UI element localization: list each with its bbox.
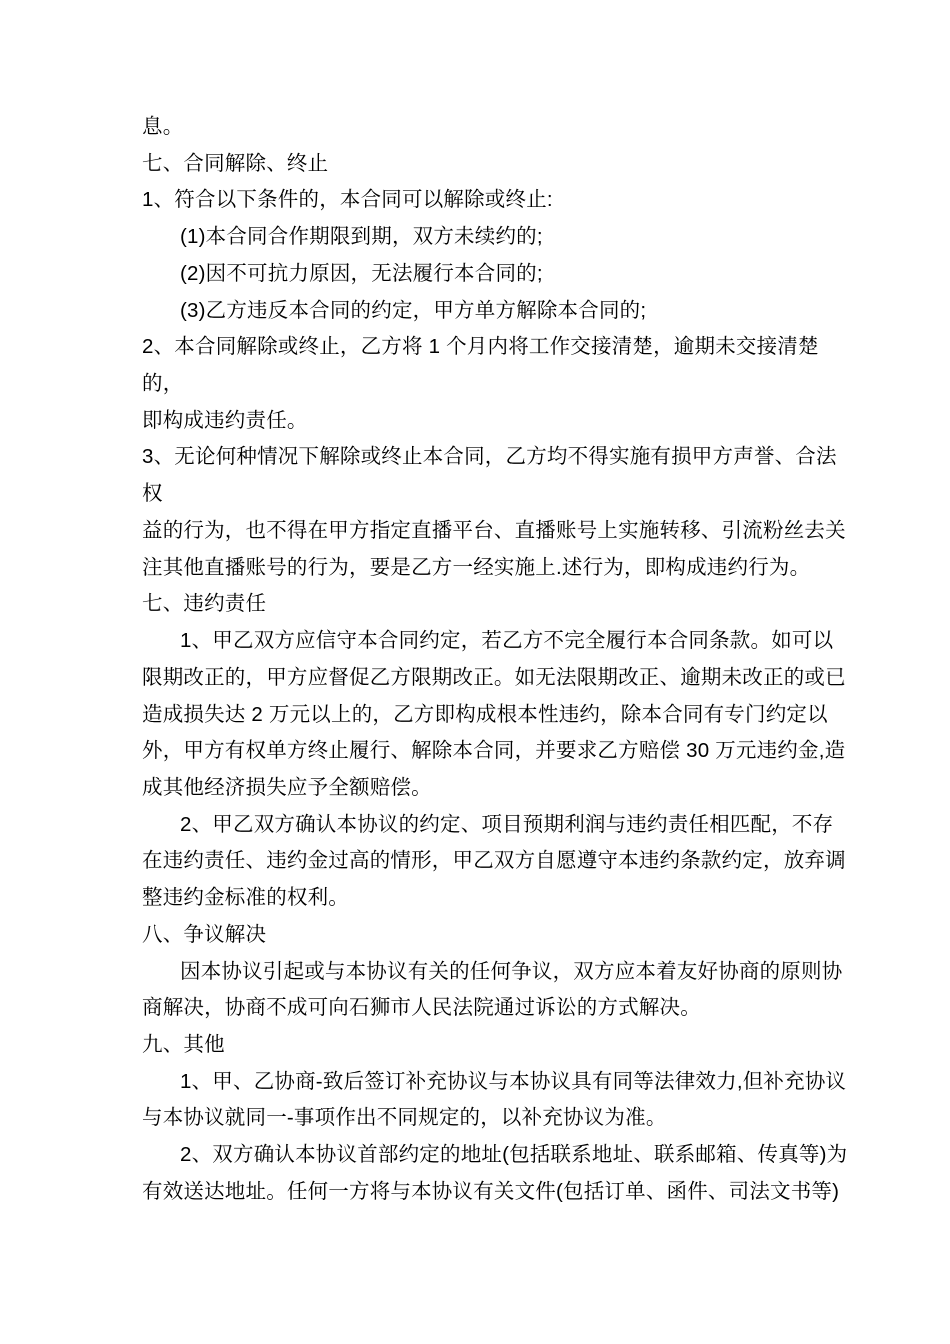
section-heading: 七、合同解除、终止 xyxy=(142,146,812,183)
document-line: 即构成违约责任。 xyxy=(142,403,812,440)
document-line: (3)乙方违反本合同的约定，甲方单方解除本合同的; xyxy=(142,293,812,330)
document-line: 因本协议引起或与本协议有关的任何争议，双方应本着友好协商的原则协 xyxy=(142,954,812,991)
document-line: 整违约金标准的权利。 xyxy=(142,880,812,917)
contract-page: 息。 七、合同解除、终止 1、符合以下条件的，本合同可以解除或终止: (1)本合… xyxy=(0,0,950,1344)
document-line: 1、符合以下条件的，本合同可以解除或终止: xyxy=(142,182,812,219)
document-line: 3、无论何种情况下解除或终止本合同，乙方均不得实施有损甲方声誉、合法 xyxy=(142,439,812,476)
document-line: (2)因不可抗力原因，无法履行本合同的; xyxy=(142,256,812,293)
document-line: 2、双方确认本协议首部约定的地址(包括联系地址、联系邮箱、传真等)为 xyxy=(142,1137,812,1174)
document-line: 外，甲方有权单方终止履行、解除本合同，并要求乙方赔偿 30 万元违约金,造 xyxy=(142,733,812,770)
document-line: 权 xyxy=(142,476,812,513)
document-line: (1)本合同合作期限到期，双方未续约的; xyxy=(142,219,812,256)
document-line: 1、甲乙双方应信守本合同约定，若乙方不完全履行本合同条款。如可以 xyxy=(142,623,812,660)
document-line: 限期改正的，甲方应督促乙方限期改正。如无法限期改正、逾期未改正的或已 xyxy=(142,660,812,697)
document-line: 有效送达地址。任何一方将与本协议有关文件(包括订单、函件、司法文书等) xyxy=(142,1174,812,1211)
section-heading: 九、其他 xyxy=(142,1027,812,1064)
document-line: 1、甲、乙协商-致后签订补充协议与本协议具有同等法律效力,但补充协议 xyxy=(142,1064,812,1101)
document-line: 益的行为，也不得在甲方指定直播平台、直播账号上实施转移、引流粉丝去关 xyxy=(142,513,812,550)
document-line: 2、甲乙双方确认本协议的约定、项目预期利润与违约责任相匹配，不存 xyxy=(142,807,812,844)
document-line: 2、本合同解除或终止，乙方将 1 个月内将工作交接清楚，逾期未交接清楚 xyxy=(142,329,812,366)
document-line: 注其他直播账号的行为，要是乙方一经实施上.述行为，即构成违约行为。 xyxy=(142,550,812,587)
document-line: 息。 xyxy=(142,109,812,146)
section-heading: 七、违约责任 xyxy=(142,586,812,623)
document-line: 的， xyxy=(142,366,812,403)
document-line: 成其他经济损失应予全额赔偿。 xyxy=(142,770,812,807)
document-body: 息。 七、合同解除、终止 1、符合以下条件的，本合同可以解除或终止: (1)本合… xyxy=(142,109,812,1211)
section-heading: 八、争议解决 xyxy=(142,917,812,954)
document-line: 造成损失达 2 万元以上的，乙方即构成根本性违约，除本合同有专门约定以 xyxy=(142,697,812,734)
document-line: 与本协议就同一-事项作出不同规定的，以补充协议为准。 xyxy=(142,1100,812,1137)
document-line: 在违约责任、违约金过高的情形，甲乙双方自愿遵守本违约条款约定，放弃调 xyxy=(142,843,812,880)
document-line: 商解决，协商不成可向石狮市人民法院通过诉讼的方式解决。 xyxy=(142,990,812,1027)
